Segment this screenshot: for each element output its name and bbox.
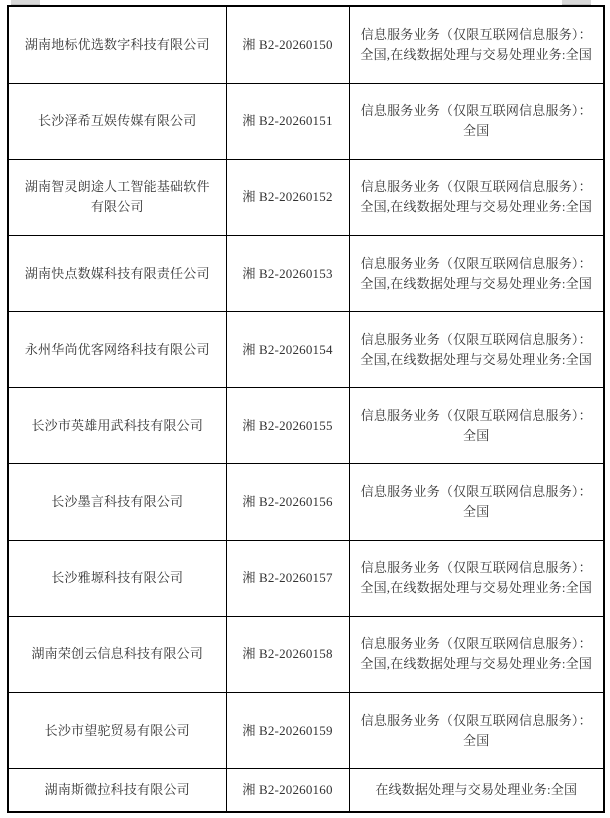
company-cell: 长沙市望驼贸易有限公司 [8, 693, 226, 769]
license-cell: 湘 B2-20260157 [226, 540, 349, 616]
company-name: 湖南地标优选数字科技有限公司 [16, 35, 219, 55]
scope-cell: 信息服务业务（仅限互联网信息服务）： 全国,在线数据处理与交易处理业务:全国 [349, 312, 604, 388]
scope-line1: 信息服务业务（仅限互联网信息服务）： [357, 634, 597, 654]
company-cell: 湖南地标优选数字科技有限公司 [8, 6, 226, 83]
company-cell: 湖南智灵朗途人工智能基础软件 有限公司 [8, 159, 226, 235]
license-cell: 湘 B2-20260151 [226, 83, 349, 159]
table-row: 湖南荣创云信息科技有限公司 湘 B2-20260158 信息服务业务（仅限互联网… [8, 616, 604, 692]
table-row: 湖南快点数媒科技有限责任公司 湘 B2-20260153 信息服务业务（仅限互联… [8, 235, 604, 311]
scope-line2: 全国,在线数据处理与交易处理业务:全国 [357, 654, 597, 674]
license-table: 湖南地标优选数字科技有限公司 湘 B2-20260150 信息服务业务（仅限互联… [7, 5, 605, 813]
license-cell: 湘 B2-20260152 [226, 159, 349, 235]
license-cell: 湘 B2-20260153 [226, 235, 349, 311]
scope-line2: 全国,在线数据处理与交易处理业务:全国 [357, 45, 597, 65]
company-cell: 长沙泽希互娱传媒有限公司 [8, 83, 226, 159]
table-row: 长沙市英雄用武科技有限公司 湘 B2-20260155 信息服务业务（仅限互联网… [8, 388, 604, 464]
company-name: 湖南斯微拉科技有限公司 [16, 780, 219, 800]
scope-line1: 信息服务业务（仅限互联网信息服务）： [357, 482, 597, 502]
company-cell: 长沙墨言科技有限公司 [8, 464, 226, 540]
scope-cell: 在线数据处理与交易处理业务:全国 [349, 769, 604, 812]
company-name: 湖南荣创云信息科技有限公司 [16, 644, 219, 664]
license-number: 湘 B2-20260154 [234, 340, 342, 360]
table-row: 湖南地标优选数字科技有限公司 湘 B2-20260150 信息服务业务（仅限互联… [8, 6, 604, 83]
company-cell: 永州华尚优客网络科技有限公司 [8, 312, 226, 388]
scope-line1: 信息服务业务（仅限互联网信息服务）： [357, 558, 597, 578]
company-name: 长沙市英雄用武科技有限公司 [16, 416, 219, 436]
company-cell: 长沙市英雄用武科技有限公司 [8, 388, 226, 464]
company-name: 湖南快点数媒科技有限责任公司 [16, 264, 219, 284]
company-name-line2: 有限公司 [16, 197, 219, 217]
scope-line1: 信息服务业务（仅限互联网信息服务）： [357, 330, 597, 350]
scope-line2: 全国 [357, 731, 597, 751]
scope-line1: 信息服务业务（仅限互联网信息服务）： [357, 101, 597, 121]
scope-cell: 信息服务业务（仅限互联网信息服务）： 全国,在线数据处理与交易处理业务:全国 [349, 159, 604, 235]
license-number: 湘 B2-20260153 [234, 264, 342, 284]
license-cell: 湘 B2-20260155 [226, 388, 349, 464]
license-number: 湘 B2-20260158 [234, 644, 342, 664]
company-cell: 湖南斯微拉科技有限公司 [8, 769, 226, 812]
license-cell: 湘 B2-20260160 [226, 769, 349, 812]
license-number: 湘 B2-20260155 [234, 416, 342, 436]
company-cell: 湖南快点数媒科技有限责任公司 [8, 235, 226, 311]
license-number: 湘 B2-20260157 [234, 568, 342, 588]
company-name: 长沙市望驼贸易有限公司 [16, 721, 219, 741]
table-row: 长沙市望驼贸易有限公司 湘 B2-20260159 信息服务业务（仅限互联网信息… [8, 693, 604, 769]
license-number: 湘 B2-20260160 [234, 780, 342, 800]
license-number: 湘 B2-20260151 [234, 111, 342, 131]
company-name: 湖南智灵朗途人工智能基础软件 [16, 177, 219, 197]
license-number: 湘 B2-20260159 [234, 721, 342, 741]
scope-line2: 全国 [357, 121, 597, 141]
company-cell: 长沙雅塬科技有限公司 [8, 540, 226, 616]
scope-line1: 信息服务业务（仅限互联网信息服务）： [357, 406, 597, 426]
table-row: 长沙泽希互娱传媒有限公司 湘 B2-20260151 信息服务业务（仅限互联网信… [8, 83, 604, 159]
table-row: 湖南智灵朗途人工智能基础软件 有限公司 湘 B2-20260152 信息服务业务… [8, 159, 604, 235]
scope-cell: 信息服务业务（仅限互联网信息服务）： 全国,在线数据处理与交易处理业务:全国 [349, 6, 604, 83]
scope-line2: 全国,在线数据处理与交易处理业务:全国 [357, 274, 597, 294]
scope-cell: 信息服务业务（仅限互联网信息服务）： 全国,在线数据处理与交易处理业务:全国 [349, 616, 604, 692]
scope-cell: 信息服务业务（仅限互联网信息服务）： 全国,在线数据处理与交易处理业务:全国 [349, 235, 604, 311]
license-cell: 湘 B2-20260150 [226, 6, 349, 83]
scope-line1: 在线数据处理与交易处理业务:全国 [357, 780, 597, 800]
scope-line2: 全国 [357, 426, 597, 446]
license-number: 湘 B2-20260150 [234, 35, 342, 55]
scope-cell: 信息服务业务（仅限互联网信息服务）： 全国 [349, 83, 604, 159]
company-name: 永州华尚优客网络科技有限公司 [16, 340, 219, 360]
license-number: 湘 B2-20260156 [234, 492, 342, 512]
scope-line2: 全国 [357, 502, 597, 522]
license-cell: 湘 B2-20260158 [226, 616, 349, 692]
scope-line1: 信息服务业务（仅限互联网信息服务）： [357, 254, 597, 274]
company-name: 长沙墨言科技有限公司 [16, 492, 219, 512]
license-cell: 湘 B2-20260156 [226, 464, 349, 540]
table-row: 长沙雅塬科技有限公司 湘 B2-20260157 信息服务业务（仅限互联网信息服… [8, 540, 604, 616]
scope-cell: 信息服务业务（仅限互联网信息服务）： 全国 [349, 693, 604, 769]
scope-line1: 信息服务业务（仅限互联网信息服务）： [357, 25, 597, 45]
scope-line1: 信息服务业务（仅限互联网信息服务）： [357, 177, 597, 197]
scope-line2: 全国,在线数据处理与交易处理业务:全国 [357, 350, 597, 370]
company-name: 长沙雅塬科技有限公司 [16, 568, 219, 588]
license-cell: 湘 B2-20260154 [226, 312, 349, 388]
scope-cell: 信息服务业务（仅限互联网信息服务）： 全国 [349, 388, 604, 464]
scope-line2: 全国,在线数据处理与交易处理业务:全国 [357, 197, 597, 217]
scope-cell: 信息服务业务（仅限互联网信息服务）： 全国,在线数据处理与交易处理业务:全国 [349, 540, 604, 616]
table-row: 长沙墨言科技有限公司 湘 B2-20260156 信息服务业务（仅限互联网信息服… [8, 464, 604, 540]
scope-line1: 信息服务业务（仅限互联网信息服务）： [357, 711, 597, 731]
scope-line2: 全国,在线数据处理与交易处理业务:全国 [357, 578, 597, 598]
company-cell: 湖南荣创云信息科技有限公司 [8, 616, 226, 692]
company-name: 长沙泽希互娱传媒有限公司 [16, 111, 219, 131]
scope-cell: 信息服务业务（仅限互联网信息服务）： 全国 [349, 464, 604, 540]
table-row: 湖南斯微拉科技有限公司 湘 B2-20260160 在线数据处理与交易处理业务:… [8, 769, 604, 812]
license-number: 湘 B2-20260152 [234, 187, 342, 207]
license-cell: 湘 B2-20260159 [226, 693, 349, 769]
table-row: 永州华尚优客网络科技有限公司 湘 B2-20260154 信息服务业务（仅限互联… [8, 312, 604, 388]
